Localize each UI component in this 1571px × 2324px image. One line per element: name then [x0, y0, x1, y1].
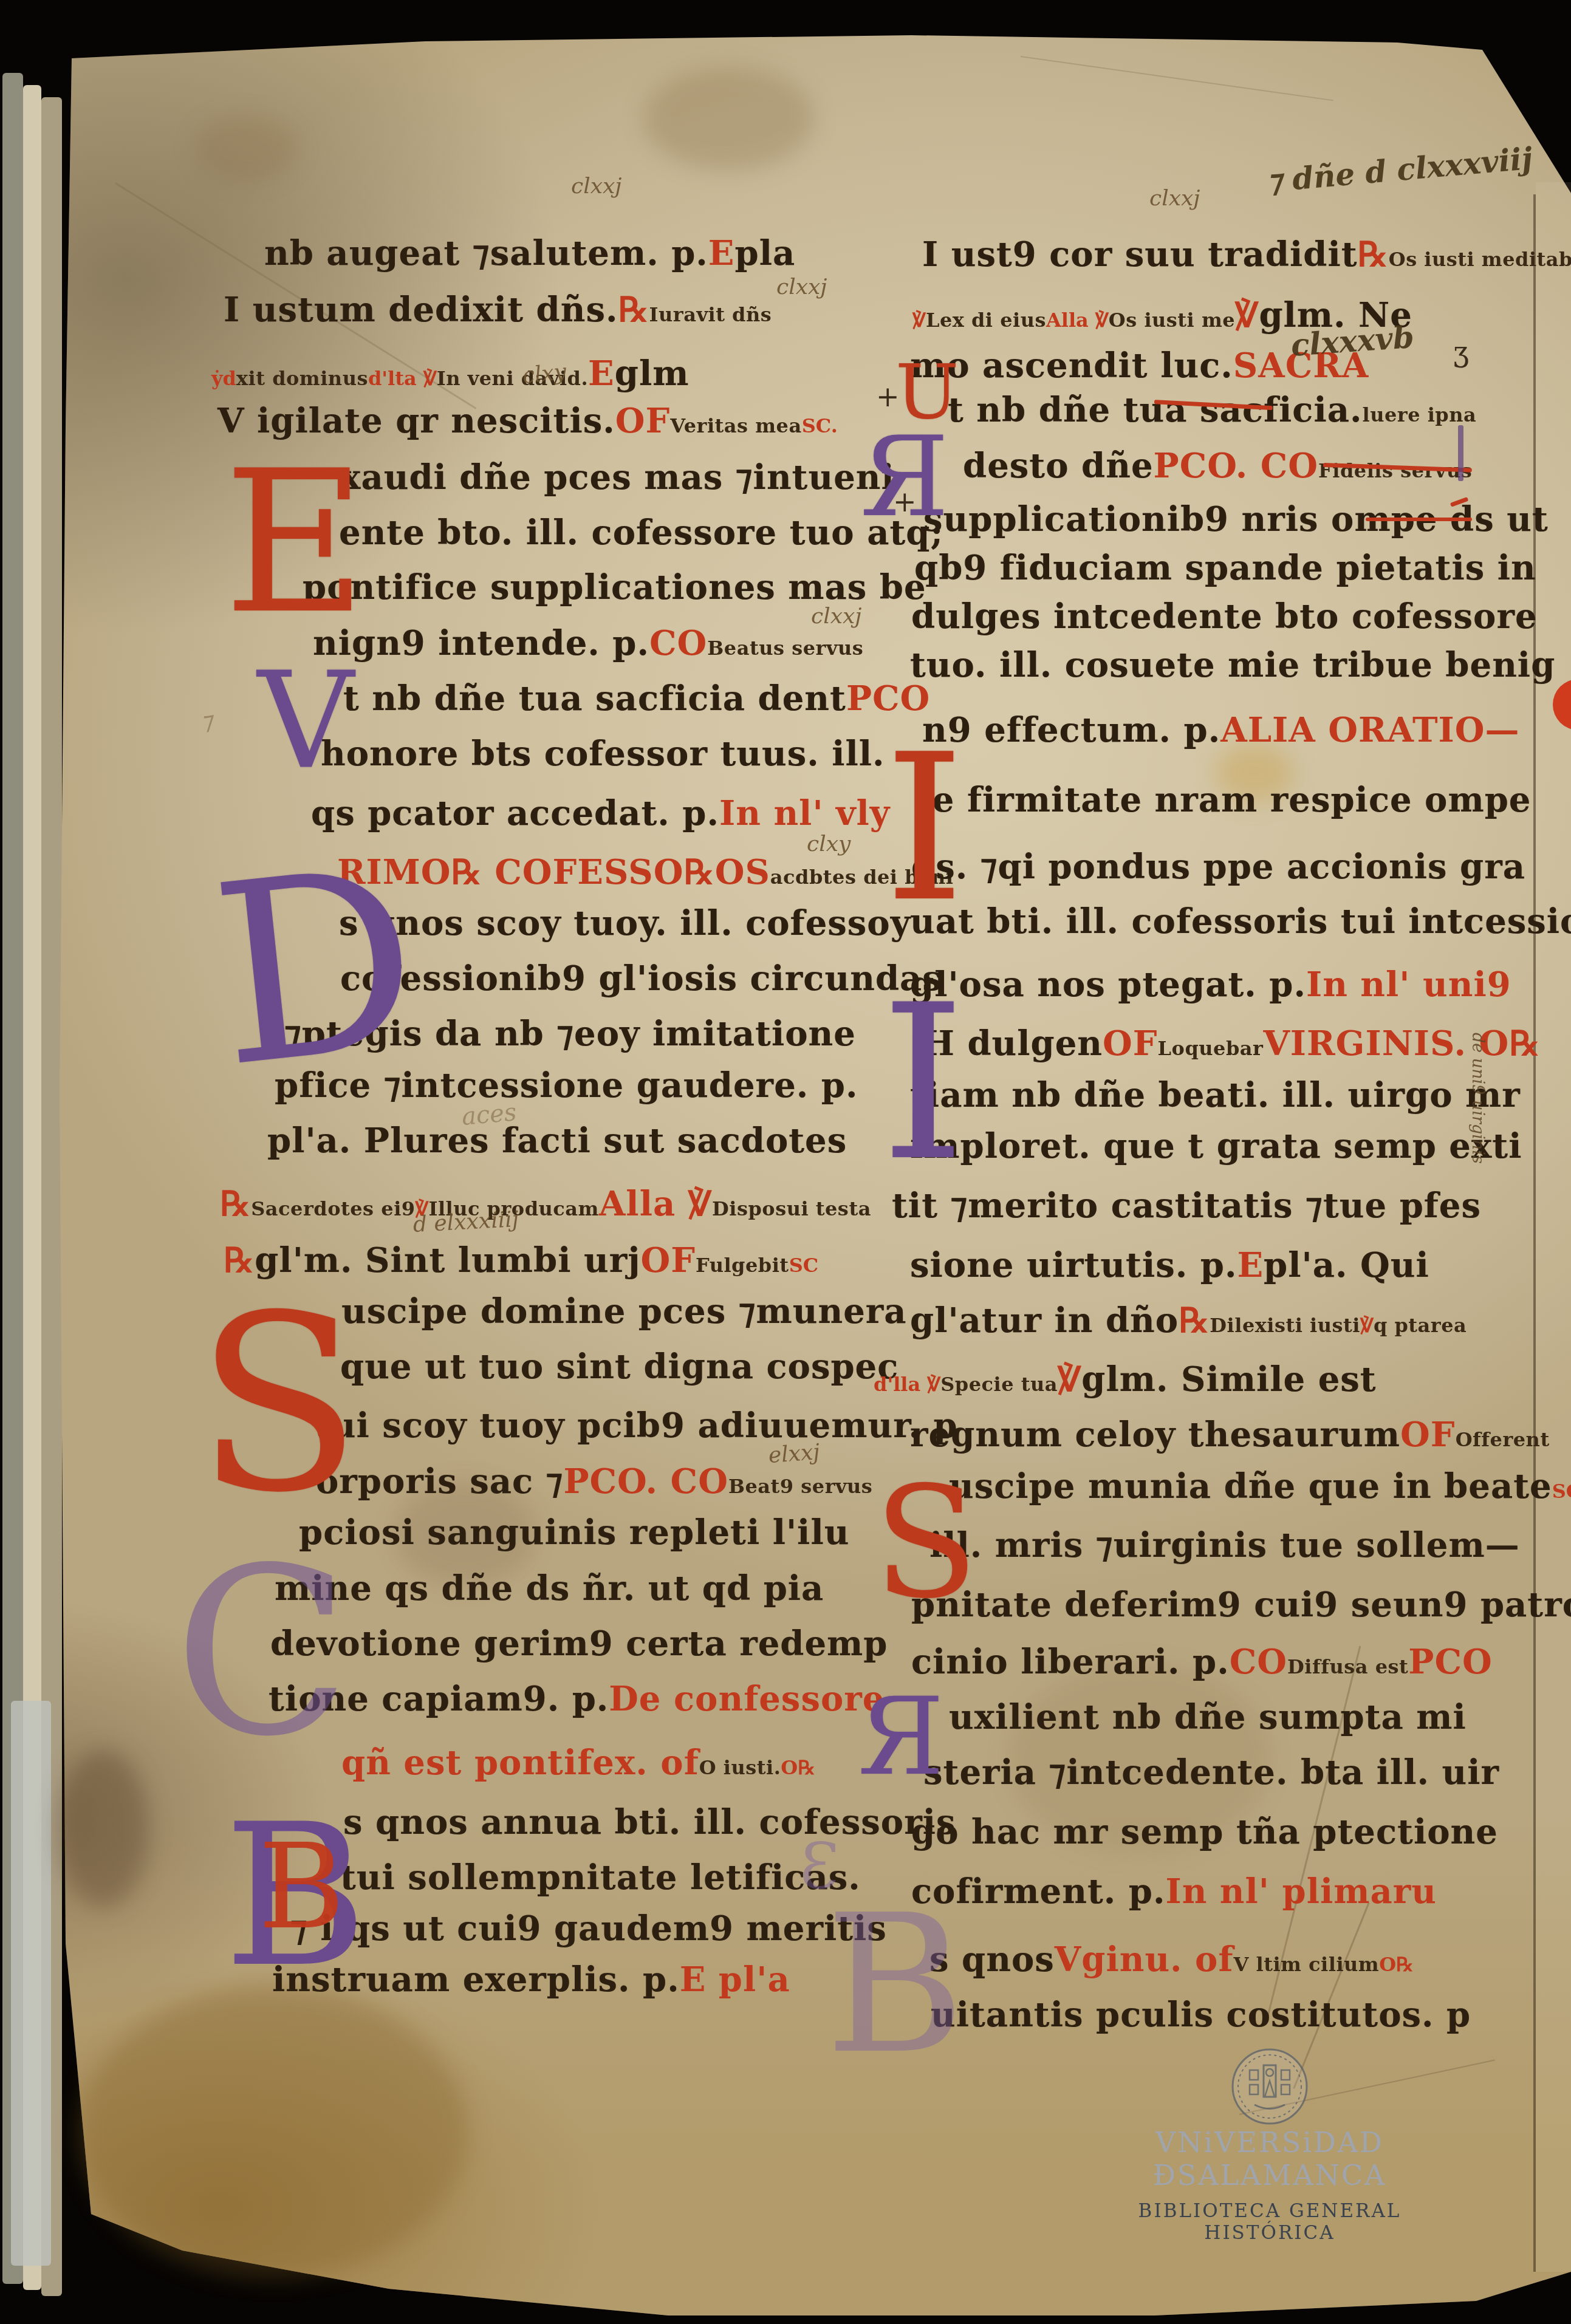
text-segment: glm — [615, 354, 690, 394]
text-line: ẏd xit dominus d'lta ℣ In veni david. Eg… — [211, 354, 689, 394]
text-segment: ʒ — [1453, 335, 1469, 368]
text-line: cinio liberari. p. CO Diffusa est PCO — [911, 1642, 1493, 1682]
text-segment: Sacerdotes ei9 — [251, 1197, 415, 1220]
decorated-initial: I — [885, 746, 965, 912]
text-segment: te firmitate nram respice ompe — [916, 780, 1532, 820]
text-segment: gl'atur in dño — [910, 1300, 1179, 1341]
watermark-library-name: BIBLIOTECA GENERAL HISTÓRICA — [1112, 2200, 1428, 2244]
decorated-initial: Ɛ — [799, 1840, 839, 1893]
marginal-gloss: clxy — [521, 360, 567, 389]
text-segment: SC. — [802, 414, 838, 437]
text-segment: aces — [460, 1098, 518, 1131]
manuscript-photo: nb augeat ⁊salutem. p. EplaI ustum dedix… — [0, 0, 1571, 2324]
text-segment: honore bts cofessor tuus. ill. — [321, 734, 885, 774]
text-segment: ℞ — [220, 1184, 251, 1224]
text-line: s qnos Vginu. of V ltim cilium O℞ — [929, 1940, 1414, 1980]
text-segment: Specie tua — [940, 1373, 1058, 1396]
text-segment: OF — [1103, 1024, 1158, 1064]
text-segment: clxxj — [571, 174, 621, 199]
text-line: uscipe domine pces ⁊munera — [341, 1291, 907, 1331]
text-segment: In nl' vly — [719, 793, 890, 833]
text-segment: elxxj — [768, 1440, 821, 1468]
stain — [58, 1749, 149, 1907]
decorated-initial: C — [174, 1558, 351, 1748]
text-segment: pnitate deferim9 cui9 seun9 patro — [911, 1585, 1571, 1625]
text-segment: E pl'a — [680, 1960, 790, 2000]
text-segment: Beat9 servus — [728, 1475, 872, 1498]
marginal-gloss: clxxj — [776, 275, 827, 299]
text-segment: CO — [1230, 1642, 1287, 1682]
text-segment: qñ est pontifex. of — [341, 1743, 699, 1783]
text-segment: cinio liberari. p. — [911, 1642, 1230, 1682]
text-segment: pontifice supplicationes mas be — [303, 567, 926, 607]
decorated-initial: B — [825, 1907, 965, 2063]
text-line: imploret. que t grata semp exti — [910, 1126, 1522, 1166]
text-segment: ALIA ORATIO— — [1220, 710, 1519, 750]
text-segment: PCO — [1408, 1642, 1492, 1682]
marginal-gloss: clxxj — [1149, 186, 1200, 211]
text-line: I ust9 cor suu tradidit ℞ Os iusti medit… — [922, 234, 1571, 275]
watermark-university-name-2: ÐSALAMANCA — [1112, 2159, 1428, 2192]
text-segment: Beatus servus — [707, 637, 863, 660]
university-seal-icon — [1230, 2047, 1309, 2126]
text-line: ds. ⁊qi pondus ppe accionis gra — [911, 847, 1525, 887]
text-segment: SC — [1552, 1480, 1571, 1503]
text-segment: cofessionib9 gl'iosis circundas — [340, 959, 942, 999]
text-segment: clxy — [521, 360, 567, 389]
text-segment: tiam nb dñe beati. ill. uirgo mr — [910, 1075, 1521, 1115]
text-segment: Os iusti meditabitur· — [1389, 248, 1571, 271]
text-line: I ustum dedixit dñs. ℞ Iuravit dñs — [224, 290, 772, 330]
text-segment: dulges intcedente bto cofessore — [911, 596, 1538, 637]
text-line: cofirment. p. In nl' plimaru — [911, 1871, 1437, 1912]
text-segment: Loquebar — [1158, 1037, 1264, 1060]
text-segment: ente bto. ill. cofessore tuo atq; — [339, 513, 943, 553]
text-line: sione uirtutis. p. E pl'a. Qui — [910, 1245, 1429, 1285]
text-segment: s qnos scoy tuoy. ill. cofessoy — [339, 903, 911, 943]
text-line: t nb dñe tua sacficia. luere ipna — [948, 390, 1476, 430]
text-segment: I ustum dedixit dñs. — [224, 290, 618, 330]
text-segment: ℣ — [912, 309, 926, 332]
decorated-initial: Я — [858, 1693, 944, 1781]
text-segment: De confessore — [609, 1679, 885, 1719]
text-segment: ℣ — [1360, 1314, 1374, 1337]
text-line: s qnos annua bti. ill. cofessoris — [343, 1802, 956, 1842]
adjacent-leaf-edge — [1536, 182, 1571, 2272]
text-segment: de uni9 uirginis — [1468, 1033, 1487, 1164]
text-segment: pl'a. Plures facti sut sacdotes — [267, 1121, 847, 1161]
text-segment: O℞ — [1379, 1953, 1414, 1976]
text-segment: Vginu. of — [1055, 1940, 1234, 1980]
text-segment: uscipe domine pces ⁊munera — [341, 1291, 907, 1331]
decorated-initial: S — [196, 1306, 361, 1505]
text-line: dulges intcedente bto cofessore — [911, 596, 1538, 637]
text-segment: tui scoy tuoy pcib9 adiuuemur. p — [315, 1406, 958, 1446]
text-line: nb augeat ⁊salutem. p. Epla — [264, 233, 795, 273]
text-segment: OF — [615, 401, 671, 441]
text-segment: uscipe munia dñe que in beate — [949, 1466, 1552, 1506]
text-segment: ℞ — [618, 290, 649, 330]
text-line: tui sollempnitate letificas. — [340, 1857, 861, 1898]
text-line: gl'atur in dño ℞ Dilexisti iusti ℣ q pta… — [910, 1300, 1467, 1341]
text-line: mine qs dñe ds ñr. ut qd pia — [275, 1568, 824, 1608]
text-segment: ill. mris ⁊uirginis tue sollem— — [929, 1525, 1520, 1565]
text-line: H dulgenOF Loquebar VIRGINIS. O℞ — [922, 1024, 1540, 1064]
text-segment: t nb dñe tua sacficia. — [948, 390, 1363, 430]
text-segment: Os iusti me — [1109, 309, 1235, 332]
text-line: d'lla ℣ Specie tua ℣glm. Simile est — [874, 1359, 1377, 1400]
text-line: tuo. ill. cosuete mie tribue benig — [910, 645, 1555, 685]
decorated-initial: E — [224, 463, 367, 624]
text-segment: que ut tuo sint digna cospec — [340, 1347, 898, 1387]
decorated-initial: BB — [224, 1816, 368, 1977]
text-line: ℞ Sacerdotes ei9 ℣ Illuc producam Alla ℣… — [220, 1184, 871, 1224]
text-segment: glm. Simile est — [1081, 1359, 1376, 1400]
text-line: devotione gerim9 certa redemp — [270, 1624, 888, 1664]
marginal-gloss: clxxj — [571, 174, 621, 199]
text-segment: pla — [735, 233, 796, 273]
text-segment: imploret. que t grata semp exti — [910, 1126, 1522, 1166]
text-segment: Diffusa est — [1287, 1655, 1408, 1678]
decorated-initial: Я — [860, 432, 949, 522]
text-line: pnitate deferim9 cui9 seun9 patro — [911, 1585, 1571, 1625]
text-segment: In nl' uni9 — [1306, 965, 1511, 1005]
text-line: n9 effectum. p. ALIA ORATIO— — [922, 710, 1520, 750]
text-segment: gl'osa nos ptegat. p. — [910, 965, 1306, 1005]
marginal-gloss: elxxj — [768, 1440, 821, 1468]
text-segment: PCO. CO — [1154, 446, 1319, 486]
text-segment: Fulgebit — [696, 1254, 789, 1277]
text-segment: Disposui testa — [712, 1197, 871, 1220]
text-line: ⁊ i qs ut cui9 gaudem9 meritis — [290, 1909, 887, 1949]
text-line: steria ⁊intcedente. bta ill. uir — [923, 1752, 1499, 1793]
marginal-gloss: ʒ — [1453, 335, 1469, 368]
text-segment: pciosi sanguinis repleti l'ilu — [299, 1512, 849, 1553]
text-segment: q ptarea — [1374, 1314, 1467, 1337]
text-segment: PCO. CO — [563, 1461, 728, 1502]
text-line: ente bto. ill. cofessore tuo atq; — [339, 513, 943, 553]
text-segment: I ust9 cor suu tradidit — [922, 234, 1358, 275]
text-line: tit ⁊merito castitatis ⁊tue pfes — [892, 1186, 1481, 1226]
text-segment: s qnos annua bti. ill. cofessoris — [343, 1802, 956, 1842]
text-line: uxilient nb dñe sumpta mi — [949, 1697, 1467, 1737]
text-segment: OF — [640, 1240, 696, 1280]
text-segment: ℞ — [1179, 1300, 1210, 1341]
text-line: pciosi sanguinis repleti l'ilu — [299, 1512, 849, 1553]
text-segment: In nl' plimaru — [1165, 1871, 1437, 1912]
watermark-university-name: VNiVERSiDAD — [1112, 2126, 1428, 2159]
rubric-underline — [1458, 425, 1463, 481]
text-segment: VIRGINIS. O℞ — [1263, 1024, 1540, 1064]
text-line: tiam nb dñe beati. ill. uirgo mr — [910, 1075, 1521, 1115]
text-segment: clxxj — [811, 604, 861, 629]
text-line: gl'osa nos ptegat. p. In nl' uni9 — [910, 965, 1511, 1005]
text-segment: xaudi dñe pces mas ⁊intueni — [340, 457, 895, 497]
text-line: tione capiam9. p. De confessore — [269, 1679, 885, 1719]
text-line: cofessionib9 gl'iosis circundas — [340, 959, 942, 999]
text-segment: SC — [789, 1254, 819, 1277]
text-segment: E — [1237, 1245, 1264, 1285]
text-line: s qnos scoy tuoy. ill. cofessoy — [339, 903, 911, 943]
text-line: qb9 fiduciam spande pietatis in — [914, 548, 1536, 588]
book-page-edges — [11, 1701, 51, 2266]
text-segment: ẏd — [211, 367, 236, 390]
text-segment: nb augeat ⁊salutem. p. — [264, 233, 708, 273]
stain — [194, 115, 298, 182]
text-line: que ut tuo sint digna cospec — [340, 1347, 898, 1387]
text-segment: O℞ — [781, 1756, 815, 1779]
text-segment: t nb dñe tua sacficia dent — [343, 678, 846, 719]
decorated-initial: D — [207, 857, 426, 1081]
text-segment: Alla ℣ — [599, 1184, 712, 1224]
text-segment: Alla ℣ — [1046, 309, 1109, 332]
text-segment: sione uirtutis. p. — [910, 1245, 1237, 1285]
text-segment: tuo. ill. cosuete mie tribue benig — [910, 645, 1555, 685]
marginal-gloss: clxy — [807, 832, 851, 856]
text-segment: O iusti. — [699, 1756, 781, 1779]
text-segment: d'lta ℣ — [368, 367, 437, 390]
text-segment: Veritas mea — [670, 414, 801, 437]
marginal-gloss: aces — [460, 1098, 518, 1131]
text-segment: devotione gerim9 certa redemp — [270, 1624, 888, 1664]
marginal-gloss: de uni9 uirginis — [1468, 1033, 1487, 1164]
text-line: uat bti. ill. cofessoris tui intcessio — [910, 901, 1571, 942]
text-segment: Lex di eius — [926, 309, 1046, 332]
text-segment: clxxj — [1149, 186, 1200, 211]
text-segment: uat bti. ill. cofessoris tui intcessio — [910, 901, 1571, 942]
text-segment: OF — [1400, 1415, 1456, 1455]
text-line: uitantis pculis costitutos. p — [931, 1995, 1471, 2035]
text-segment: ℣ — [1058, 1359, 1081, 1400]
text-line: orporis sac ⁊ PCO. CO Beat9 servus — [316, 1461, 872, 1502]
text-line: RIMO℞ COFESSO℞OS acdbtes dei beni — [337, 852, 953, 892]
text-segment: Offerent — [1456, 1428, 1550, 1451]
text-segment: V ltim cilium — [1234, 1953, 1380, 1976]
text-segment: xit dominus — [236, 367, 368, 390]
library-watermark: VNiVERSiDAD ÐSALAMANCA BIBLIOTECA GENERA… — [1112, 2047, 1428, 2244]
text-line: tui scoy tuoy pcib9 adiuuemur. p — [315, 1406, 958, 1446]
text-segment: mine qs dñe ds ñr. ut qd pia — [275, 1568, 824, 1608]
text-segment: steria ⁊intcedente. bta ill. uir — [923, 1752, 1499, 1793]
text-segment: luere ipna — [1363, 403, 1477, 426]
text-segment: pl'a. Qui — [1264, 1245, 1429, 1285]
text-segment: tit ⁊merito castitatis ⁊tue pfes — [892, 1186, 1481, 1226]
text-segment: Dilexisti iusti — [1210, 1314, 1360, 1337]
text-segment: tui sollempnitate letificas. — [340, 1857, 861, 1898]
text-segment: desto dñe — [963, 446, 1154, 486]
text-line: uscipe munia dñe que in beate SC — [949, 1466, 1571, 1506]
text-segment: ds. ⁊qi pondus ppe accionis gra — [911, 847, 1525, 887]
text-line: qñ est pontifex. of O iusti. O℞ — [341, 1743, 815, 1783]
text-segment: n9 effectum. p. — [922, 710, 1220, 750]
text-line: t nb dñe tua sacficia dent PCO — [343, 678, 930, 719]
text-segment: qb9 fiduciam spande pietatis in — [914, 548, 1536, 588]
initial-inner-stroke: B — [258, 1839, 344, 1935]
text-segment: E — [588, 354, 615, 394]
decorated-initial: V — [258, 667, 354, 776]
decorated-initial: S — [874, 1481, 979, 1607]
text-line: pl'a. Plures facti sut sacdotes — [267, 1121, 847, 1161]
text-line: nign9 intende. p. CO Beatus servus — [313, 623, 863, 663]
text-segment: d'lla ℣ — [874, 1373, 940, 1396]
marginal-gloss: clxxj — [811, 604, 861, 629]
text-segment: clxxj — [776, 275, 827, 299]
text-line: te firmitate nram respice ompe — [916, 780, 1532, 820]
text-segment: clxy — [807, 832, 851, 856]
text-segment: ℞ — [1358, 234, 1389, 275]
text-segment: go hac mr semp tña ptectione — [911, 1812, 1498, 1852]
text-segment: ⁊ i qs ut cui9 gaudem9 meritis — [290, 1909, 887, 1949]
text-segment: CO — [649, 623, 707, 663]
text-segment: E — [708, 233, 735, 273]
rubric-underline — [1366, 518, 1472, 521]
text-segment: uitantis pculis costitutos. p — [931, 1995, 1471, 2035]
text-line: go hac mr semp tña ptectione — [911, 1812, 1498, 1852]
text-line: honore bts cofessor tuus. ill. — [321, 734, 885, 774]
text-line: ill. mris ⁊uirginis tue sollem— — [929, 1525, 1520, 1565]
text-segment: uxilient nb dñe sumpta mi — [949, 1697, 1467, 1737]
text-segment: ℣ — [1235, 295, 1259, 335]
decorated-initial: I — [881, 996, 965, 1172]
text-line: xaudi dñe pces mas ⁊intueni — [340, 457, 895, 497]
text-segment: Iuravit dñs — [649, 303, 772, 326]
stain — [79, 1986, 468, 2278]
text-line: pontifice supplicationes mas be — [303, 567, 926, 607]
text-line: regnum celoy thesaurum OF Offerent — [910, 1415, 1550, 1455]
text-segment: regnum celoy thesaurum — [910, 1415, 1400, 1455]
stain — [644, 67, 814, 170]
